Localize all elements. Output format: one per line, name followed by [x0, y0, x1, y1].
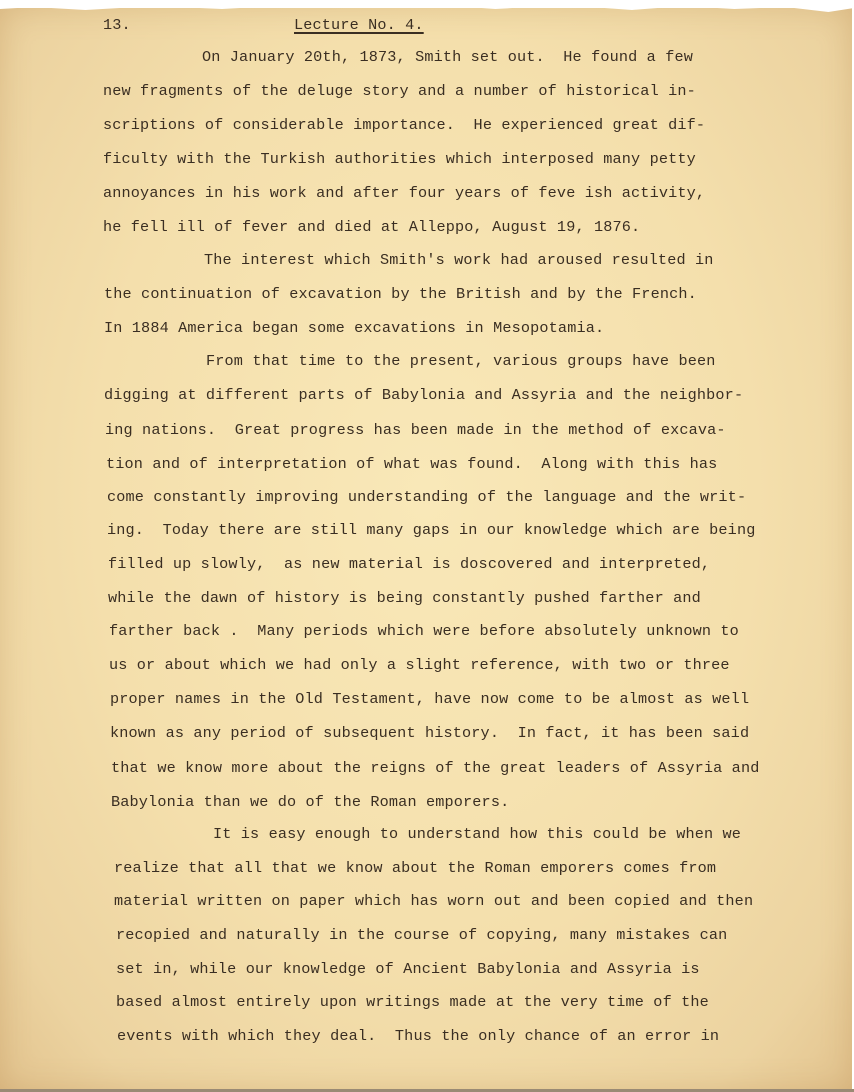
- text-line: annoyances in his work and after four ye…: [103, 184, 705, 202]
- text-line: filled up slowly, as new material is dos…: [108, 555, 710, 573]
- text-line: It is easy enough to understand how this…: [213, 825, 741, 843]
- text-line: us or about which we had only a slight r…: [109, 656, 730, 674]
- text-line: In 1884 America began some excavations i…: [104, 319, 604, 337]
- text-line: while the dawn of history is being const…: [108, 589, 701, 607]
- text-line: The interest which Smith's work had arou…: [204, 251, 714, 269]
- text-line: ing nations. Great progress has been mad…: [105, 421, 726, 439]
- text-line: From that time to the present, various g…: [206, 352, 716, 370]
- text-line: based almost entirely upon writings made…: [116, 993, 709, 1011]
- text-line: that we know more about the reigns of th…: [111, 759, 759, 777]
- text-line: new fragments of the deluge story and a …: [103, 82, 696, 100]
- text-line: ficulty with the Turkish authorities whi…: [103, 150, 696, 168]
- text-line: Babylonia than we do of the Roman empore…: [111, 793, 509, 811]
- text-line: scriptions of considerable importance. H…: [103, 116, 705, 134]
- text-line: proper names in the Old Testament, have …: [110, 690, 749, 708]
- page-title: Lecture No. 4.: [294, 16, 424, 34]
- text-line: set in, while our knowledge of Ancient B…: [116, 960, 700, 978]
- text-line: material written on paper which has worn…: [114, 892, 753, 910]
- text-line: he fell ill of fever and died at Alleppo…: [103, 218, 640, 236]
- text-line: the continuation of excavation by the Br…: [104, 285, 697, 303]
- text-line: On January 20th, 1873, Smith set out. He…: [202, 48, 693, 66]
- text-line: ing. Today there are still many gaps in …: [107, 521, 755, 539]
- text-line: digging at different parts of Babylonia …: [104, 386, 743, 404]
- text-line: realize that all that we know about the …: [114, 859, 716, 877]
- page-number: 13.: [103, 16, 131, 34]
- text-line: events with which they deal. Thus the on…: [117, 1027, 719, 1045]
- text-line: known as any period of subsequent histor…: [110, 724, 749, 742]
- text-line: come constantly improving understanding …: [107, 488, 746, 506]
- text-line: farther back . Many periods which were b…: [109, 622, 739, 640]
- text-line: recopied and naturally in the course of …: [116, 926, 727, 944]
- text-line: tion and of interpretation of what was f…: [106, 455, 717, 473]
